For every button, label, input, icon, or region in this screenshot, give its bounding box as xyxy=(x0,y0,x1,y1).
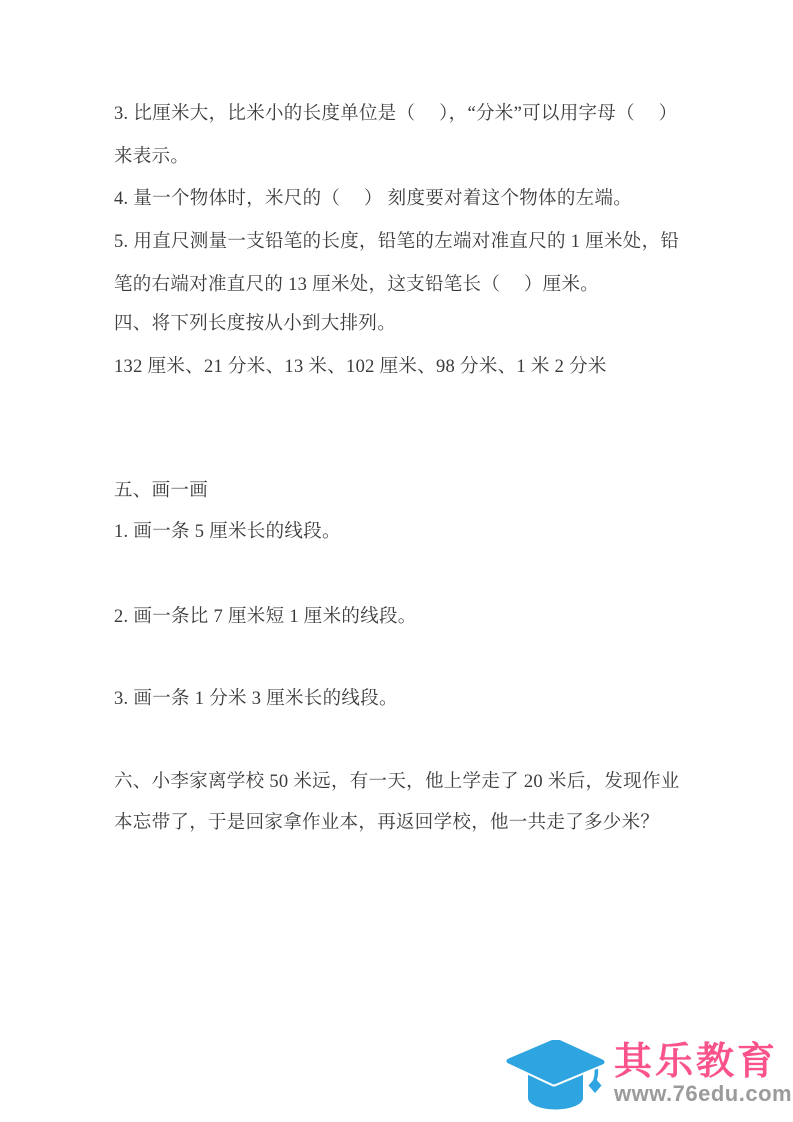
worksheet-line-draw3: 3. 画一条 1 分米 3 厘米长的线段。 xyxy=(114,688,398,711)
worksheet-line-q3b: 来表示。 xyxy=(114,146,189,169)
worksheet-line-sort: 132 厘米、21 分米、13 米、102 厘米、98 分米、1 米 2 分米 xyxy=(114,356,607,379)
worksheet-page: 3. 比厘米大，比米小的长度单位是（ ），“分米”可以用字母（ ） 来表示。 4… xyxy=(0,0,793,1122)
worksheet-section-6a: 六、小李家离学校 50 米远，有一天，他上学走了 20 米后，发现作业 xyxy=(114,771,680,794)
worksheet-line-q3a: 3. 比厘米大，比米小的长度单位是（ ），“分米”可以用字母（ ） xyxy=(114,103,677,126)
worksheet-line-q4: 4. 量一个物体时，米尺的（ ） 刻度要对着这个物体的左端。 xyxy=(114,188,632,211)
worksheet-section-5: 五、画一画 xyxy=(114,480,208,503)
worksheet-line-draw1: 1. 画一条 5 厘米长的线段。 xyxy=(114,521,341,544)
worksheet-section-6b: 本忘带了，于是回家拿作业本，再返回学校，他一共走了多少米？ xyxy=(114,812,659,835)
brand-text-block: 其乐教育 www.76edu.com xyxy=(614,1042,790,1106)
worksheet-line-q5b: 笔的右端对准直尺的 13 厘米处，这支铅笔长（ ）厘米。 xyxy=(114,274,599,297)
graduation-cap-icon xyxy=(506,1040,606,1114)
brand-name: 其乐教育 xyxy=(614,1042,790,1082)
worksheet-line-q5a: 5. 用直尺测量一支铅笔的长度，铅笔的左端对准直尺的 1 厘米处，铅 xyxy=(114,231,679,254)
worksheet-line-draw2: 2. 画一条比 7 厘米短 1 厘米的线段。 xyxy=(114,606,417,629)
worksheet-section-4: 四、将下列长度按从小到大排列。 xyxy=(114,313,396,336)
brand-url: www.76edu.com xyxy=(614,1082,790,1106)
brand-footer: 其乐教育 www.76edu.com xyxy=(506,1038,790,1118)
